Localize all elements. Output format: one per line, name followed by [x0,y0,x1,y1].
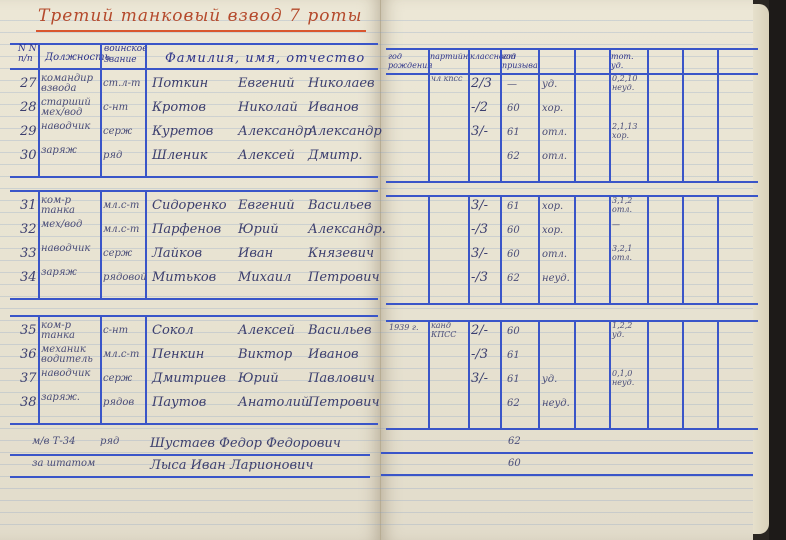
grade-cell: хор. [542,225,563,236]
first-name-cell: Алексей [238,148,295,163]
row-number: 27 [20,76,37,91]
row-number: 33 [20,246,37,261]
right-column-divider [647,195,649,303]
title-underline [36,30,366,32]
patronymic-cell: Павлович [308,371,375,386]
position-cell: наводчик [41,244,99,254]
surname-cell: Кротов [152,100,206,115]
patronymic-cell: Иванов [308,100,359,115]
class-cell: 2/- [471,323,488,338]
draft-year-cell: 62 [507,151,520,162]
header-rank: воинское звание [104,44,150,66]
surname-cell: Поткин [152,76,208,91]
right-column-divider [682,320,684,428]
draft-year-cell: 61 [507,201,520,212]
surname-cell: Митьков [152,270,216,285]
paper-ruling [0,296,753,297]
position-cell: механик водитель [41,345,99,365]
grade-cell: отл. [542,151,567,162]
paper-ruling [0,140,753,141]
total-grade-cell: 0,2,10 неуд. [612,74,646,92]
class-cell: 3/- [471,124,488,139]
surname-cell: Сокол [152,323,194,338]
first-name-cell: Юрий [238,222,279,237]
right-header-3: год призыва [502,52,536,70]
row-number: 30 [20,148,37,163]
right-column-divider [428,195,430,303]
section-bottom-line [10,423,378,425]
total-grade-cell: 2,1,13 хор. [612,122,646,140]
first-name-cell: Виктор [238,347,292,362]
surname-cell: Паутов [152,395,206,410]
total-grade-cell: — [612,220,646,229]
header-top-line [10,43,378,45]
right-header-top-line [386,48,758,50]
right-column-divider [574,48,576,181]
right-column-divider [428,320,430,428]
position-cell: командир взвода [41,74,99,94]
patronymic-cell: Петрович [308,270,380,285]
surname-cell: Шленик [152,148,208,163]
first-name-cell: Анатолий [238,395,309,410]
rank-cell: мл.с-т [103,200,139,211]
rank-cell: ряд [103,150,122,161]
total-grade-cell: 0,1,0 неуд. [612,369,646,387]
first-name-cell: Михаил [238,270,291,285]
row-number: 35 [20,323,37,338]
position-cell: наводчик [41,122,99,132]
patronymic-cell: Васильев [308,323,372,338]
right-column-divider [609,195,611,303]
right-column-divider [428,48,430,181]
grade-cell: уд. [542,374,557,385]
draft-year-cell: 60 [507,326,520,337]
first-name-cell: Юрий [238,371,279,386]
row-number: 29 [20,124,37,139]
class-cell: -/3 [471,347,488,362]
right-column-divider [538,195,540,303]
class-cell: 3/- [471,371,488,386]
first-name-cell: Евгений [238,76,295,91]
rank-cell: с-нт [103,102,128,113]
draft-year-cell: 61 [507,127,520,138]
column-divider [100,315,102,423]
paper-ruling [0,32,753,33]
paper-ruling [0,164,753,165]
class-cell: 3/- [471,198,488,213]
page-edge [753,4,769,534]
draft-year-cell: 61 [507,374,520,385]
column-divider [100,190,102,298]
right-column-divider [609,48,611,181]
draft-year-cell: — [507,79,517,90]
grade-cell: отл. [542,127,567,138]
first-name-cell: Евгений [238,198,295,213]
patronymic-cell: Николаев [308,76,375,91]
right-column-divider [647,48,649,181]
right-column-divider [717,195,719,303]
first-name-cell: Александр [238,124,312,139]
party-cell: канд КПСС [431,321,467,339]
class-cell: -/2 [471,100,488,115]
row-number: 32 [20,222,37,237]
patronymic-cell: Дмитр. [308,148,363,163]
first-name-cell: Иван [238,246,273,261]
right-section-bottom-line [386,303,758,305]
grade-cell: уд. [542,79,557,90]
paper-ruling [0,392,753,393]
draft-year-cell: 60 [507,225,520,236]
right-column-divider [500,320,502,428]
rank-cell: рядовой [103,272,147,283]
first-name-cell: Николай [238,100,298,115]
header-num: N N п/п [18,44,38,64]
position-cell: мех/вод [41,220,99,230]
rank-cell: мл.с-т [103,224,139,235]
row-number: 34 [20,270,37,285]
right-column-divider [468,48,470,181]
class-cell: -/3 [471,222,488,237]
right-header-6: тот. уд. [611,52,645,70]
draft-year-cell: 60 [507,103,520,114]
extra-draft-year: 60 [508,458,521,469]
paper-ruling [0,308,753,309]
rank-cell: мл.с-т [103,349,139,360]
position-cell: наводчик [41,369,99,379]
notebook-cover [769,0,786,540]
surname-cell: Пенкин [152,347,204,362]
section-top-line [10,190,378,192]
paper-ruling [0,464,753,465]
extra-rank: ряд [100,436,119,447]
patronymic-cell: Князевич [308,246,374,261]
right-column-divider [468,195,470,303]
total-grade-cell: 3,1,2 отл. [612,196,646,214]
birth-year-cell: 1939 г. [389,323,419,332]
party-cell: чл кпсс [431,74,467,83]
section-top-line [10,315,378,317]
extra-name: Лыса Иван Ларионович [150,458,313,473]
right-column-divider [538,48,540,181]
right-column-divider [647,320,649,428]
right-column-divider [500,48,502,181]
rank-cell: серж [103,248,132,259]
column-divider [145,315,147,423]
paper-ruling [0,344,753,345]
first-name-cell: Алексей [238,323,295,338]
right-header-0: год рождения [388,52,426,70]
column-divider [38,43,40,176]
position-cell: заряж. [41,393,99,403]
draft-year-cell: 60 [507,249,520,260]
right-extra-row-line [381,474,753,476]
paper-ruling [0,92,753,93]
right-header-2: классност [470,52,498,61]
right-section-bottom-line [386,428,758,430]
grade-cell: хор. [542,103,563,114]
section-bottom-line [10,176,378,178]
column-divider [145,43,147,176]
patronymic-cell: Александр [308,124,382,139]
row-number: 38 [20,395,37,410]
right-section-bottom-line [386,181,758,183]
total-grade-cell: 1,2,2 уд. [612,321,646,339]
grade-cell: хор. [542,201,563,212]
right-header-1: партийн. [430,52,466,61]
position-cell: заряж [41,146,99,156]
right-column-divider [574,195,576,303]
row-number: 37 [20,371,37,386]
position-cell: старший мех/вод [41,98,99,118]
right-column-divider [468,320,470,428]
right-column-divider [574,320,576,428]
extra-position: за штатом [32,458,95,469]
section-bottom-line [10,298,378,300]
paper-ruling [0,116,753,117]
right-section-top-line [386,195,758,197]
rank-cell: серж [103,373,132,384]
rank-cell: рядов [103,397,134,408]
rank-cell: серж [103,126,132,137]
right-column-divider [717,48,719,181]
right-column-divider [682,48,684,181]
grade-cell: неуд. [542,398,570,409]
rank-cell: ст.л-т [103,78,141,89]
right-column-divider [538,320,540,428]
column-divider [38,190,40,298]
right-column-divider [717,320,719,428]
paper-ruling [0,524,753,525]
class-cell: 3/- [471,246,488,261]
patronymic-cell: Петрович [308,395,380,410]
right-column-divider [500,195,502,303]
surname-cell: Сидоренко [152,198,227,213]
column-divider [38,315,40,423]
draft-year-cell: 61 [507,350,520,361]
extra-row-line [10,476,370,478]
surname-cell: Куретов [152,124,213,139]
extra-position: м/в Т-34 [32,436,75,447]
grade-cell: неуд. [542,273,570,284]
class-cell: -/3 [471,270,488,285]
class-cell: 2/3 [471,76,492,91]
page-title: Третий танковый взвод 7 роты [38,6,362,26]
column-divider [100,43,102,176]
position-cell: ком-р танка [41,321,99,341]
surname-cell: Дмитриев [152,371,226,386]
paper-ruling [0,500,753,501]
row-number: 28 [20,100,37,115]
position-cell: заряж [41,268,99,278]
row-number: 36 [20,347,37,362]
paper-ruling [0,188,753,189]
paper-ruling [0,416,753,417]
paper-ruling [0,512,753,513]
right-column-divider [682,195,684,303]
patronymic-cell: Иванов [308,347,359,362]
position-cell: ком-р танка [41,196,99,216]
header-name: Фамилия, имя, отчество [165,51,365,66]
draft-year-cell: 62 [507,273,520,284]
right-column-divider [609,320,611,428]
extra-row-line [10,454,370,456]
total-grade-cell: 3,2,1 отл. [612,244,646,262]
patronymic-cell: Александр. [308,222,386,237]
patronymic-cell: Васильев [308,198,372,213]
surname-cell: Парфенов [152,222,221,237]
extra-name: Шустаев Федор Федорович [150,436,341,451]
rank-cell: с-нт [103,325,128,336]
row-number: 31 [20,198,37,213]
grade-cell: отл. [542,249,567,260]
draft-year-cell: 62 [507,398,520,409]
surname-cell: Лайков [152,246,202,261]
extra-draft-year: 62 [508,436,521,447]
paper-ruling [0,488,753,489]
header-bottom-line [10,68,378,70]
right-extra-row-line [381,452,753,454]
